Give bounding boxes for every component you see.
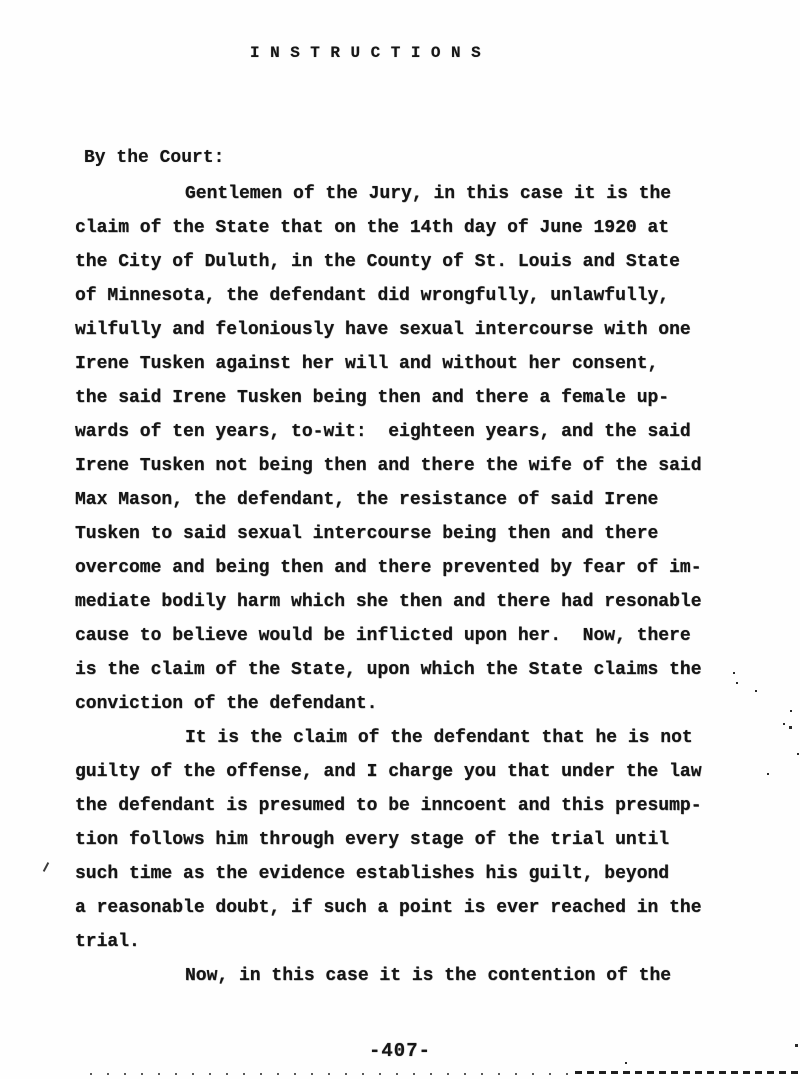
text-line: Max Mason, the defendant, the resistance…	[75, 490, 775, 524]
text-line: Tusken to said sexual intercourse being …	[75, 524, 775, 558]
text-line: overcome and being then and there preven…	[75, 558, 775, 592]
scan-artifact	[43, 862, 49, 872]
text-line: conviction of the defendant.	[75, 694, 775, 728]
document-title: INSTRUCTIONS	[250, 44, 491, 62]
scan-artifact	[795, 1044, 798, 1047]
scan-artifact	[783, 723, 785, 725]
text-line: the City of Duluth, in the County of St.…	[75, 252, 775, 286]
text-line: cause to believe would be inflicted upon…	[75, 626, 775, 660]
text-line: Now, in this case it is the contention o…	[75, 966, 775, 1000]
text-line: the said Irene Tusken being then and the…	[75, 388, 775, 422]
text-line: It is the claim of the defendant that he…	[75, 728, 775, 762]
scan-artifact	[733, 672, 735, 674]
scan-artifact	[790, 710, 792, 712]
scan-artifact	[736, 682, 738, 684]
text-line: the defendant is presumed to be inncoent…	[75, 796, 775, 830]
text-line: claim of the State that on the 14th day …	[75, 218, 775, 252]
scan-edge-line	[575, 1071, 800, 1074]
text-line: mediate bodily harm which she then and t…	[75, 592, 775, 626]
page-number: -407-	[0, 1040, 800, 1062]
document-page: INSTRUCTIONS By the Court: Gentlemen of …	[0, 0, 800, 1079]
text-line: of Minnesota, the defendant did wrongful…	[75, 286, 775, 320]
scan-artifact	[755, 690, 757, 692]
scan-artifact	[789, 726, 792, 729]
text-line: such time as the evidence establishes hi…	[75, 864, 775, 898]
byline: By the Court:	[84, 148, 224, 168]
text-line: guilty of the offense, and I charge you …	[75, 762, 775, 796]
text-line: a reasonable doubt, if such a point is e…	[75, 898, 775, 932]
scan-edge-line	[90, 1073, 580, 1075]
text-line: wards of ten years, to-wit: eighteen yea…	[75, 422, 775, 456]
scan-artifact	[767, 773, 769, 775]
scan-artifact	[797, 753, 799, 755]
text-line: trial.	[75, 932, 775, 966]
text-line: Irene Tusken not being then and there th…	[75, 456, 775, 490]
scan-artifact	[625, 1062, 627, 1064]
body-text: Gentlemen of the Jury, in this case it i…	[75, 184, 775, 1000]
text-line: Gentlemen of the Jury, in this case it i…	[75, 184, 775, 218]
text-line: tion follows him through every stage of …	[75, 830, 775, 864]
text-line: wilfully and feloniously have sexual int…	[75, 320, 775, 354]
text-line: Irene Tusken against her will and withou…	[75, 354, 775, 388]
text-line: is the claim of the State, upon which th…	[75, 660, 775, 694]
